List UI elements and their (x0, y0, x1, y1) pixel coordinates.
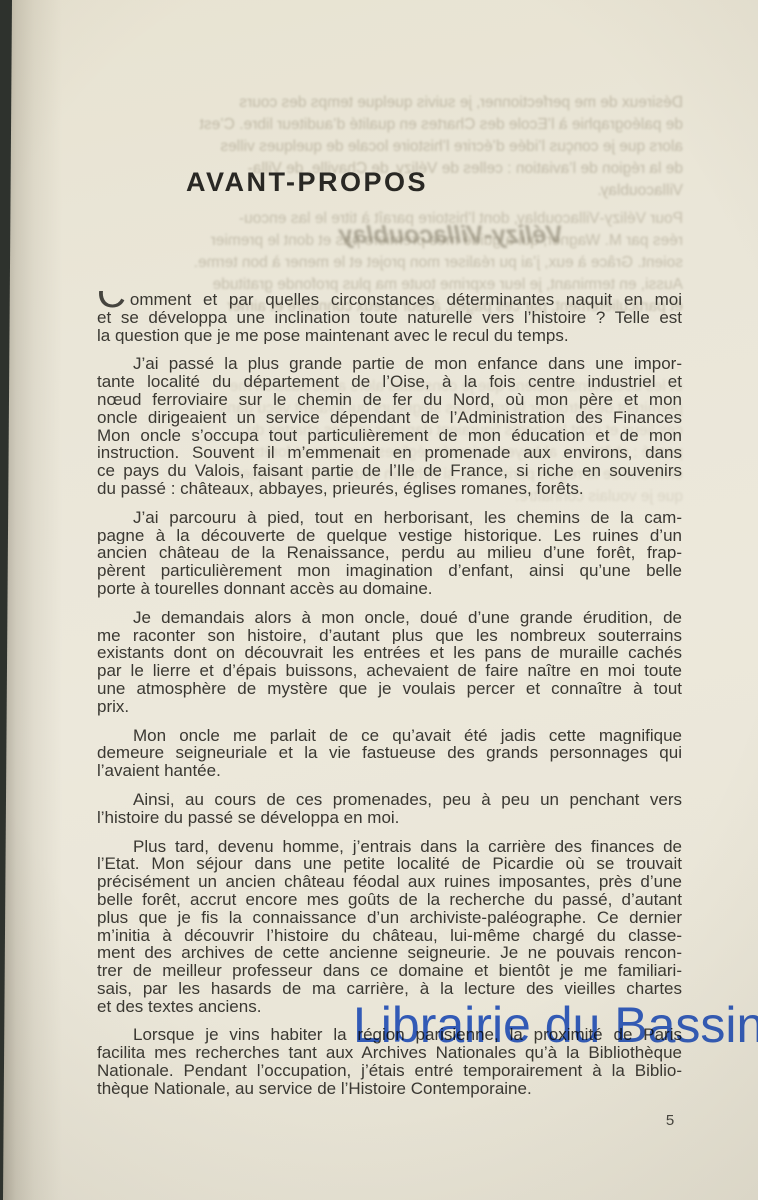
text-line: instruction. Souvent il m’emmenait en pr… (97, 444, 682, 462)
bleedthrough-line: alors que je conçus l’idée d’écrire l’hi… (95, 136, 683, 158)
paragraph: J’ai passé la plus grande partie de mon … (97, 355, 682, 497)
spine-shadow (0, 0, 62, 1200)
text-line: ment des archives de cette ancienne seig… (97, 944, 682, 962)
text-line: Plus tard, devenu homme, j’entrais dans … (97, 838, 682, 856)
text-line: prix. (97, 698, 682, 716)
drop-cap: C (97, 291, 126, 309)
paragraph: J’ai parcouru à pied, tout en herborisan… (97, 509, 682, 598)
book-photo: Désireux de me perfectionner, je suivis … (0, 0, 758, 1200)
text-line: l’avaient hantée. (97, 762, 682, 780)
text-line: l’Etat. Mon séjour dans une petite local… (97, 855, 682, 873)
paragraph: Plus tard, devenu homme, j’entrais dans … (97, 838, 682, 1016)
text-line: pagne à la découverte de quelque vestige… (97, 527, 682, 545)
paragraph: Mon oncle me parlait de ce qu’avait été … (97, 727, 682, 780)
text-line: tante localité du département de l’Oise,… (97, 373, 682, 391)
paragraph: Ainsi, au cours de ces promenades, peu à… (97, 791, 682, 827)
bleedthrough-line: de paléographie à l’Ecole des Chartes en… (95, 114, 683, 136)
text-line: nœud ferroviaire sur le chemin de fer du… (97, 391, 682, 409)
text-line: et se développa une inclination toute na… (97, 309, 682, 327)
text-line: Comment et par quelles circonstances dét… (97, 291, 682, 309)
bleedthrough-line: rées par M. Wagner, qui a guidé mes prem… (95, 230, 683, 252)
text-line: existants dont on découvrait les entrées… (97, 644, 682, 662)
text-line: Je demandais alors à mon oncle, doué d’u… (97, 609, 682, 627)
text-line: me raconter son histoire, d’autant plus … (97, 627, 682, 645)
page-title: AVANT-PROPOS (186, 167, 428, 198)
text-line: oncle dirigeaient un service dépendant d… (97, 409, 682, 427)
text-line: belle forêt, accrut encore mes goûts de … (97, 891, 682, 909)
bleedthrough-line: Désireux de me perfectionner, je suivis … (95, 92, 683, 114)
bookseller-watermark: Librairie du Bassin (353, 996, 758, 1054)
text-line: Ainsi, au cours de ces promenades, peu à… (97, 791, 682, 809)
page-number: 5 (660, 1112, 680, 1129)
text-line: demeure seigneuriale et la vie fastueuse… (97, 744, 682, 762)
text-line: une atmosphère de mystère que je voulais… (97, 680, 682, 698)
text-line: m’initia à découvrir l’histoire du châte… (97, 927, 682, 945)
text-line: Mon oncle me parlait de ce qu’avait été … (97, 727, 682, 745)
text-line: J’ai parcouru à pied, tout en herborisan… (97, 509, 682, 527)
text-line: précisément un ancien château féodal aux… (97, 873, 682, 891)
text-line: porte à tourelles donnant accès au domai… (97, 580, 682, 598)
text-line: Mon oncle s’occupa tout particulièrement… (97, 427, 682, 445)
paragraph: Comment et par quelles circonstances dét… (97, 291, 682, 344)
bleedthrough-line: Pour Vélizy-Villacoublay, dont l’histoir… (95, 208, 683, 230)
book-page: Désireux de me perfectionner, je suivis … (0, 0, 758, 1200)
text-line: ancien château de la Renaissance, perdu … (97, 544, 682, 562)
text-line: plus que je fis la connaissance d’un arc… (97, 909, 682, 927)
text-line: par le lierre et d’épais buissons, achev… (97, 662, 682, 680)
text-line: trer de meilleur professeur dans ce doma… (97, 962, 682, 980)
text-line: l’histoire du passé se développa en moi. (97, 809, 682, 827)
text-line: ce pays du Valois, faisant partie de l’I… (97, 462, 682, 480)
text-line: Nationale. Pendant l’occupation, j’étais… (97, 1062, 682, 1080)
body-text: Comment et par quelles circonstances dét… (97, 291, 682, 1109)
bleedthrough-line: soient. Grâce à eux, j’ai pu réaliser mo… (95, 252, 683, 274)
text-line: pèrent particulièrement mon imagination … (97, 562, 682, 580)
text-line: J’ai passé la plus grande partie de mon … (97, 355, 682, 373)
paragraph: Je demandais alors à mon oncle, doué d’u… (97, 609, 682, 716)
text-line: la question que je me pose maintenant av… (97, 327, 682, 345)
bleedthrough-bold-title: Vélizy-Villacoublay (255, 221, 647, 250)
text-line: du passé : châteaux, abbayes, prieurés, … (97, 480, 682, 498)
text-line: thèque Nationale, au service de l’Histoi… (97, 1080, 682, 1098)
